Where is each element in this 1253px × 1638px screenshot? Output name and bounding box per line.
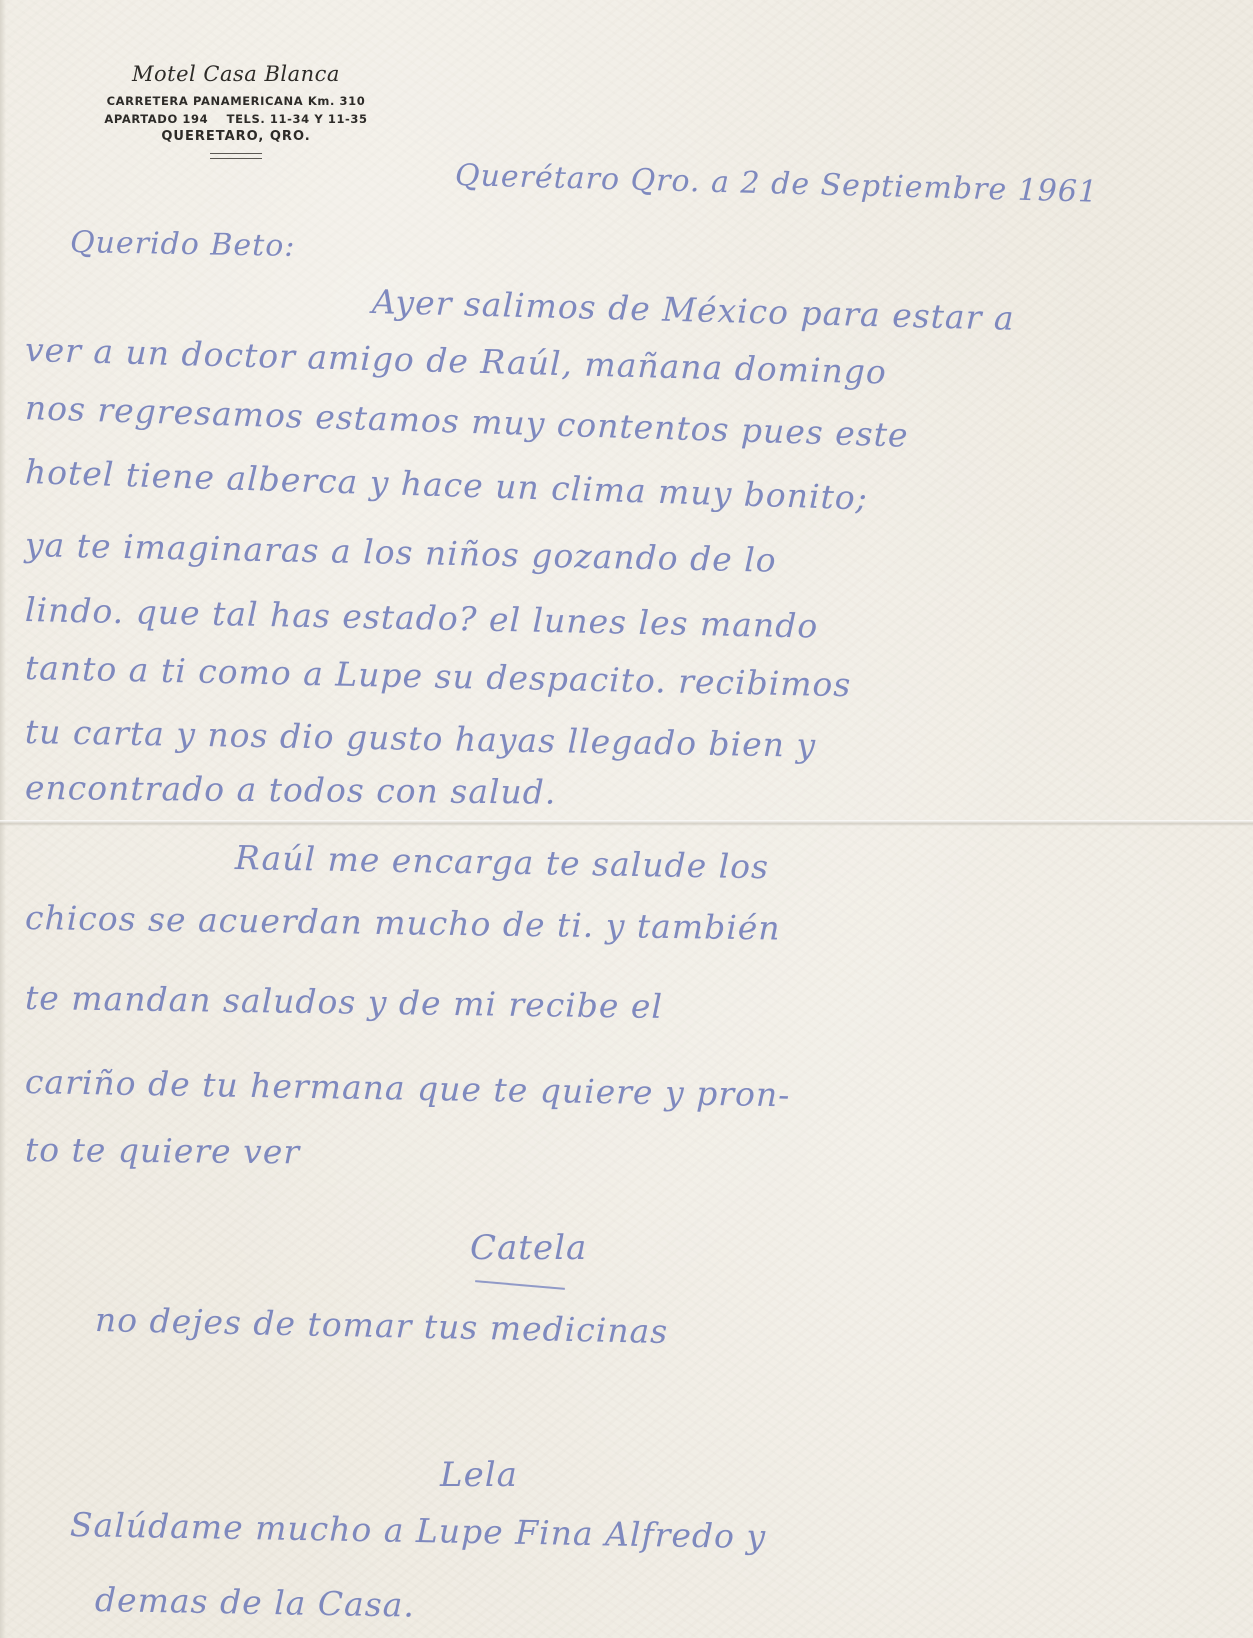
fold-crease xyxy=(0,820,1253,826)
salutation: Querido Beto: xyxy=(70,225,296,264)
body-line: Raúl me encarga te salude los xyxy=(235,838,770,886)
letterhead: Motel Casa Blanca CARRETERA PANAMERICANA… xyxy=(86,62,386,159)
postscript-medicine: no dejes de tomar tus medicinas xyxy=(95,1300,669,1351)
body-line: tu carta y nos dio gusto hayas llegado b… xyxy=(25,712,817,765)
motel-name: Motel Casa Blanca xyxy=(86,62,386,86)
letter-page: Motel Casa Blanca CARRETERA PANAMERICANA… xyxy=(0,0,1253,1638)
body-line: te mandan saludos y de mi recibe el xyxy=(25,978,664,1026)
letterhead-rule xyxy=(210,153,262,159)
body-line: chicos se acuerdan mucho de ti. y tambié… xyxy=(25,898,781,948)
signature-lela: Lela xyxy=(440,1455,518,1495)
body-line: hotel tiene alberca y hace un clima muy … xyxy=(24,452,868,517)
body-line: encontrado a todos con salud. xyxy=(25,768,557,812)
letterhead-address: CARRETERA PANAMERICANA Km. 310 xyxy=(86,92,386,110)
letterhead-contact: APARTADO 194 TELS. 11-34 Y 11-35 xyxy=(86,110,386,128)
signature-underline xyxy=(475,1280,565,1290)
signature-catela: Catela xyxy=(470,1228,587,1268)
page-edge xyxy=(0,0,6,1638)
body-line: ya te imaginaras a los niños gozando de … xyxy=(25,525,777,580)
body-line: ver a un doctor amigo de Raúl, mañana do… xyxy=(24,330,887,392)
body-line: cariño de tu hermana que te quiere y pro… xyxy=(25,1062,791,1114)
body-line: Ayer salimos de México para estar a xyxy=(371,282,1015,338)
body-line: tanto a ti como a Lupe su despacito. rec… xyxy=(25,648,852,704)
postscript-line: demas de la Casa. xyxy=(95,1580,416,1625)
body-line: to te quiere ver xyxy=(25,1130,300,1171)
letterhead-city: QUERETARO, QRO. xyxy=(86,128,386,146)
body-line: nos regresamos estamos muy contentos pue… xyxy=(24,388,909,455)
body-line: lindo. que tal has estado? el lunes les … xyxy=(25,590,819,646)
dateline: Querétaro Qro. a 2 de Septiembre 1961 xyxy=(455,158,1099,210)
postscript-line: Salúdame mucho a Lupe Fina Alfredo y xyxy=(70,1505,767,1556)
